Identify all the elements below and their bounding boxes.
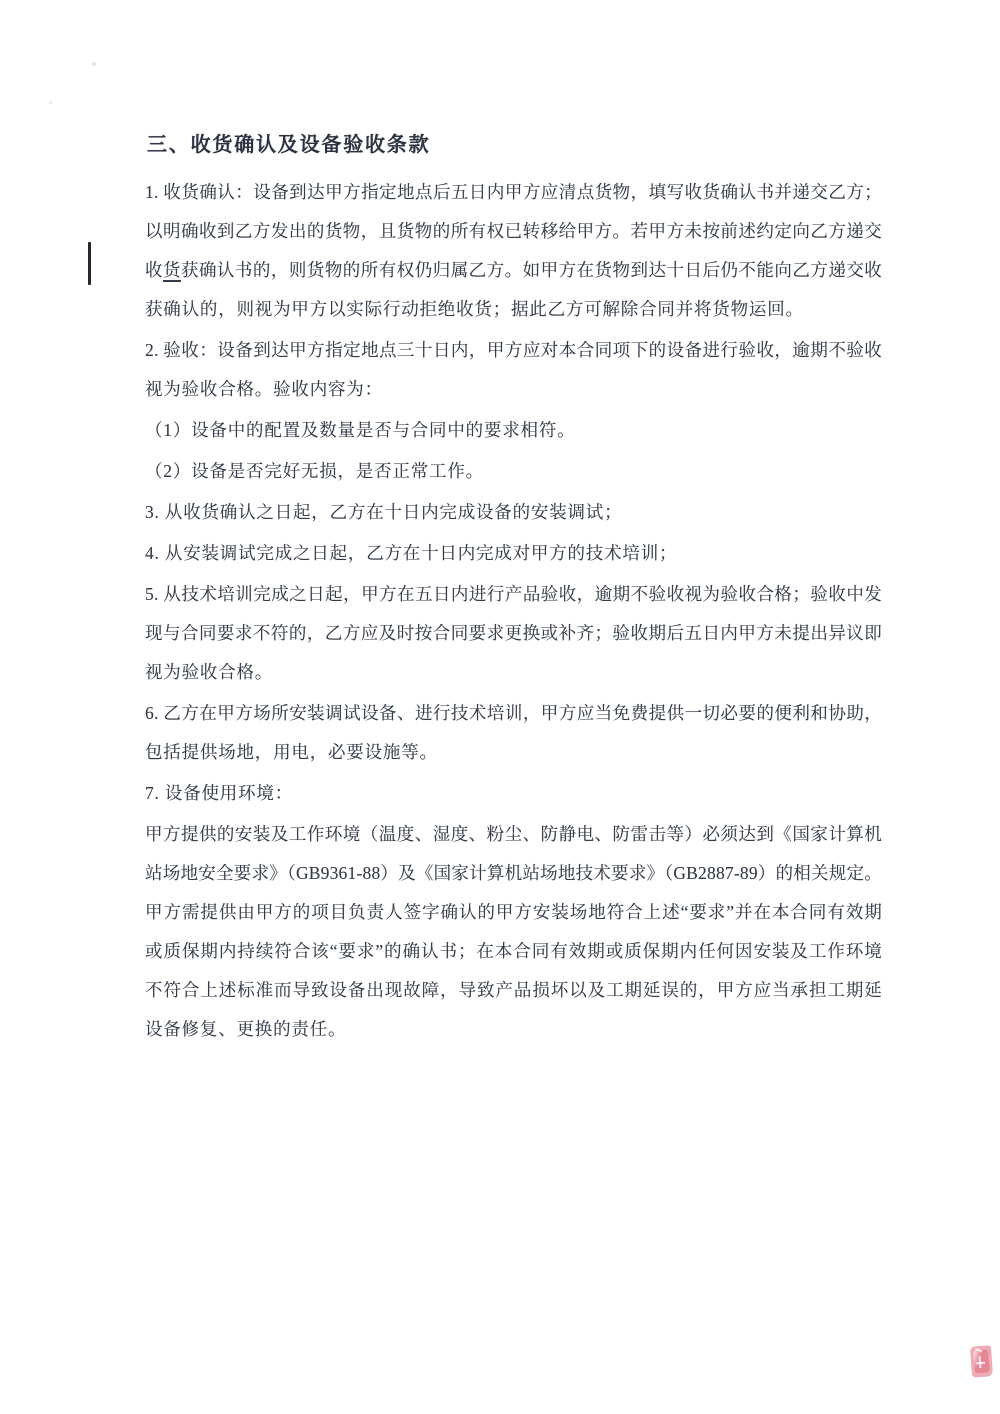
text-segment: 1. 收货确认：设备到达甲方指定地点后五日内甲方应清点货物，填写收货确认书并递交… (145, 182, 882, 202)
text-line: 或质保期内持续符合该“要求”的确认书；在本合同有效期或质保期内任何因安装及工作环… (145, 932, 882, 971)
text-line: 设备修复、更换的责任。 (145, 1010, 882, 1049)
text-line: 1. 收货确认：设备到达甲方指定地点后五日内甲方应清点货物，填写收货确认书并递交… (145, 173, 882, 212)
text-segment: 获确认的，则视为甲方以实际行动拒绝收货；据此乙方可解除合同并将货物运回。 (145, 299, 804, 319)
contract-page: 三、收货确认及设备验收条款 1. 收货确认：设备到达甲方指定地点后五日内甲方应清… (0, 0, 1000, 1414)
document-content: 三、收货确认及设备验收条款 1. 收货确认：设备到达甲方指定地点后五日内甲方应清… (145, 128, 882, 1051)
clause-6-facilities: 6. 乙方在甲方场所安装调试设备、进行技术培训，甲方应当免费提供一切必要的便利和… (145, 694, 882, 772)
text-line: 以明确收到乙方发出的货物，且货物的所有权已转移给甲方。若甲方未按前述约定向乙方递… (145, 212, 882, 251)
text-segment: 7. 设备使用环境： (145, 783, 293, 803)
text-segment: 甲方提供的安装及工作环境（温度、湿度、粉尘、防静电、防雷击等）必须达到《国家计算… (145, 824, 882, 844)
document-body: 1. 收货确认：设备到达甲方指定地点后五日内甲方应清点货物，填写收货确认书并递交… (145, 173, 882, 1049)
text-line: 视为验收合格。 (145, 653, 882, 692)
text-segment: （1）设备中的配置及数量是否与合同中的要求相符。 (145, 420, 575, 440)
scan-speck (49, 101, 52, 104)
text-line: 获确认的，则视为甲方以实际行动拒绝收货；据此乙方可解除合同并将货物运回。 (145, 290, 882, 329)
section-heading: 三、收货确认及设备验收条款 (147, 128, 882, 157)
text-segment: （2）设备是否完好无损，是否正常工作。 (145, 461, 484, 481)
clause-2-acceptance: 2. 验收：设备到达甲方指定地点三十日内，甲方应对本合同项下的设备进行验收，逾期… (145, 331, 882, 409)
clause-2-item-1: （1）设备中的配置及数量是否与合同中的要求相符。 (145, 411, 882, 450)
text-segment: 视为验收合格。 (145, 662, 273, 682)
text-segment: 甲方需提供由甲方的项目负责人签字确认的甲方安装场地符合上述“要求”并在本合同有效… (145, 902, 882, 922)
text-segment: 不符合上述标准而导致设备出现故障，导致产品损坏以及工期延误的，甲方应当承担工期延… (145, 980, 882, 1010)
text-segment: 设备修复、更换的责任。 (145, 1019, 346, 1039)
text-line: 6. 乙方在甲方场所安装调试设备、进行技术培训，甲方应当免费提供一切必要的便利和… (145, 694, 882, 733)
text-segment: 现与合同要求不符的，乙方应及时按合同要求更换或补齐；验收期后五日内甲方未提出异议… (145, 623, 882, 643)
text-line: 甲方提供的安装及工作环境（温度、湿度、粉尘、防静电、防雷击等）必须达到《国家计算… (145, 815, 882, 854)
text-segment: 3. 从收货确认之日起，乙方在十日内完成设备的安装调试； (145, 502, 622, 522)
text-segment: 站场地安全要求》（GB9361-88）及《国家计算机站场地技术要求》（GB288… (145, 863, 882, 883)
clause-7-environment-title: 7. 设备使用环境： (145, 774, 882, 813)
text-segment: 收 (145, 260, 163, 280)
text-segment: 5. 从技术培训完成之日起，甲方在五日内进行产品验收，逾期不验收视为验收合格；验… (145, 584, 882, 604)
text-line: 站场地安全要求》（GB9361-88）及《国家计算机站场地技术要求》（GB288… (145, 854, 882, 893)
margin-correction-mark (88, 242, 91, 285)
text-segment: 或质保期内持续符合该“要求”的确认书；在本合同有效期或质保期内任何因安装及工作环… (145, 941, 882, 961)
clause-1-receipt-confirmation: 1. 收货确认：设备到达甲方指定地点后五日内甲方应清点货物，填写收货确认书并递交… (145, 173, 882, 329)
text-line: 4. 从安装调试完成之日起，乙方在十日内完成对甲方的技术培训； (145, 534, 882, 573)
scan-speck (92, 62, 96, 66)
text-segment: 包括提供场地，用电，必要设施等。 (145, 742, 438, 762)
clause-4-training: 4. 从安装调试完成之日起，乙方在十日内完成对甲方的技术培训； (145, 534, 882, 573)
text-segment: 视为验收合格。验收内容为： (145, 379, 383, 399)
clause-5-product-acceptance: 5. 从技术培训完成之日起，甲方在五日内进行产品验收，逾期不验收视为验收合格；验… (145, 575, 882, 692)
clause-3-installation: 3. 从收货确认之日起，乙方在十日内完成设备的安装调试； (145, 493, 882, 532)
text-segment: 获确认书的，则货物的所有权仍归属乙方。如甲方在货物到达十日后仍不能向乙方递交收 (181, 260, 882, 280)
text-line: （2）设备是否完好无损，是否正常工作。 (145, 452, 882, 491)
text-line: 收货获确认书的，则货物的所有权仍归属乙方。如甲方在货物到达十日后仍不能向乙方递交… (145, 251, 882, 290)
text-line: 5. 从技术培训完成之日起，甲方在五日内进行产品验收，逾期不验收视为验收合格；验… (145, 575, 882, 614)
text-line: 包括提供场地，用电，必要设施等。 (145, 733, 882, 772)
text-line: 3. 从收货确认之日起，乙方在十日内完成设备的安装调试； (145, 493, 882, 532)
text-line: 不符合上述标准而导致设备出现故障，导致产品损坏以及工期延误的，甲方应当承担工期延… (145, 971, 882, 1010)
text-line: （1）设备中的配置及数量是否与合同中的要求相符。 (145, 411, 882, 450)
text-segment: 2. 验收：设备到达甲方指定地点三十日内，甲方应对本合同项下的设备进行验收，逾期… (145, 340, 882, 360)
text-line: 7. 设备使用环境： (145, 774, 882, 813)
text-line: 现与合同要求不符的，乙方应及时按合同要求更换或补齐；验收期后五日内甲方未提出异议… (145, 614, 882, 653)
clause-7-environment-body: 甲方提供的安装及工作环境（温度、湿度、粉尘、防静电、防雷击等）必须达到《国家计算… (145, 815, 882, 1049)
text-line: 2. 验收：设备到达甲方指定地点三十日内，甲方应对本合同项下的设备进行验收，逾期… (145, 331, 882, 370)
underlined-char: 货 (163, 260, 181, 280)
clause-2-item-2: （2）设备是否完好无损，是否正常工作。 (145, 452, 882, 491)
text-segment: 4. 从安装调试完成之日起，乙方在十日内完成对甲方的技术培训； (145, 543, 677, 563)
text-segment: 以明确收到乙方发出的货物，且货物的所有权已转移给甲方。若甲方未按前述约定向乙方递… (145, 221, 882, 241)
red-seal-stamp (970, 1345, 993, 1377)
text-line: 甲方需提供由甲方的项目负责人签字确认的甲方安装场地符合上述“要求”并在本合同有效… (145, 893, 882, 932)
text-line: 视为验收合格。验收内容为： (145, 370, 882, 409)
text-segment: 6. 乙方在甲方场所安装调试设备、进行技术培训，甲方应当免费提供一切必要的便利和… (145, 703, 882, 723)
